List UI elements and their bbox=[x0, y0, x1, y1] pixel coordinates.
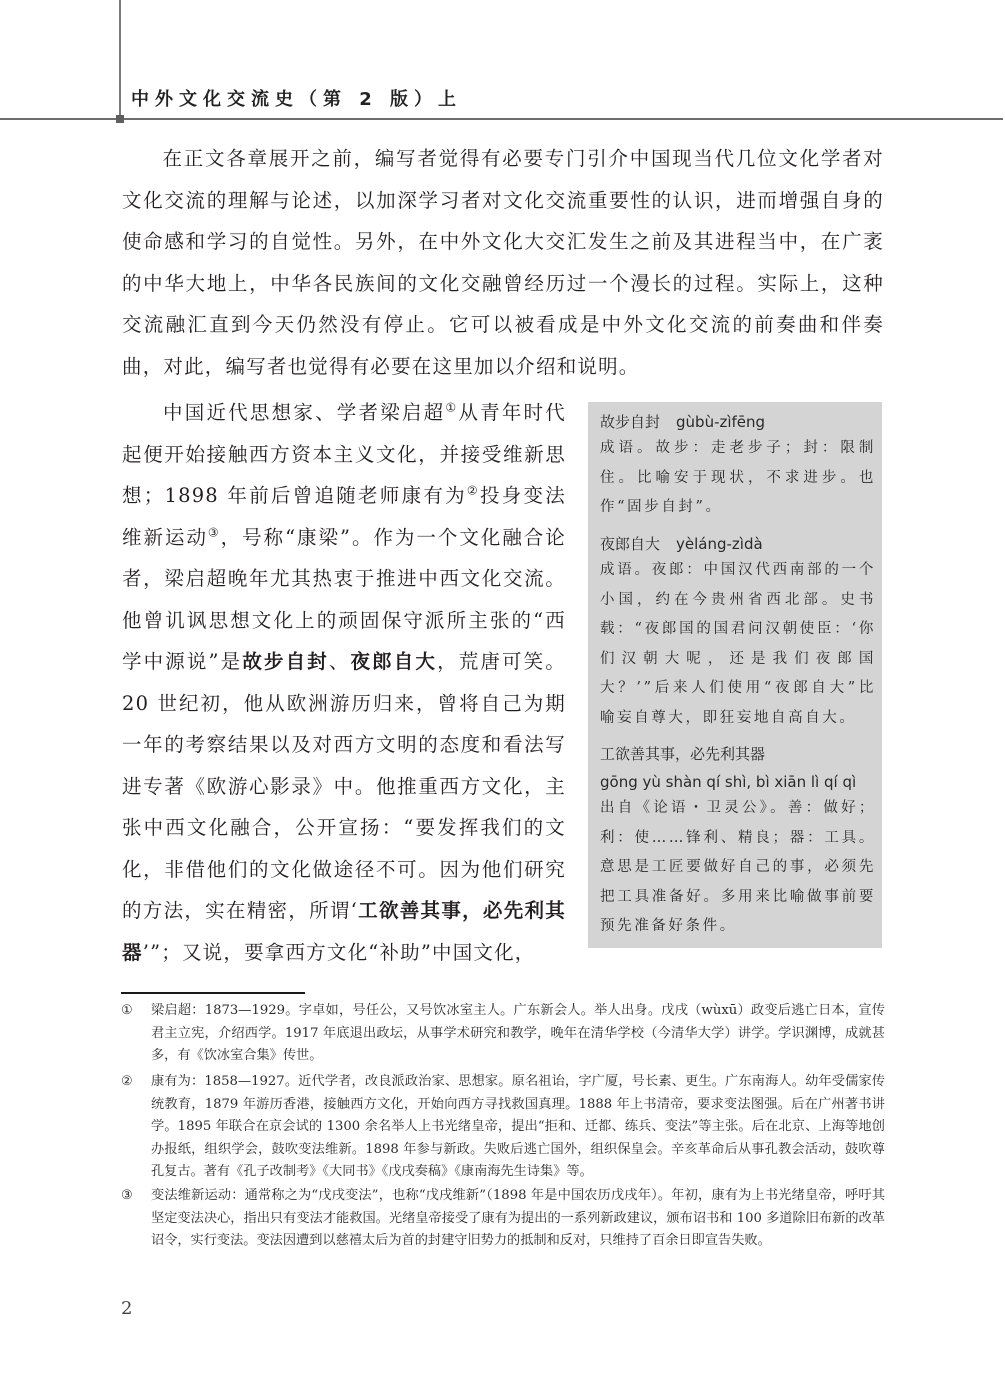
glossary-pinyin: yèláng-zìdà bbox=[676, 535, 763, 553]
glossary-entry-heading: 故步自封gùbù-zìfēng bbox=[600, 410, 876, 434]
glossary-term: 故步自封 bbox=[600, 413, 660, 431]
paragraph-2-text: ，荒唐可笑。20 世纪初，他从欧洲游历归来，曾将自己为期一年的考察结果以及对西方… bbox=[122, 650, 566, 922]
paragraph-2-text: ’”；又说，要拿西方文化“补助”中国文化， bbox=[143, 941, 536, 964]
glossary-term: 工欲善其事，必先利其器 bbox=[600, 742, 876, 766]
footnote-marker: ② bbox=[121, 1071, 143, 1094]
glossary-definition: 出自《论语・卫灵公》。善：做好；利：使……锋利、精良；器：工具。意思是工匠要做好… bbox=[600, 794, 876, 942]
glossary-definition: 成语。夜郎：中国汉代西南部的一个小国，约在今贵州省西北部。史书载：“夜郎国的国君… bbox=[600, 556, 876, 733]
footnote-text: 变法维新运动：通常称之为“戊戌变法”，也称“戊戌维新”（1898 年是中国农历戊… bbox=[151, 1185, 885, 1253]
body-paragraph-2: 中国近代思想家、学者梁启超①从青年时代起便开始接触西方资本主义文化，并接受维新思… bbox=[122, 392, 566, 973]
glossary-definition: 成语。故步：走老步子；封：限制住。比喻安于现状，不求进步。也作“固步自封”。 bbox=[600, 434, 876, 523]
footnote-marker: ① bbox=[121, 1000, 143, 1023]
footnote-marker: ③ bbox=[121, 1185, 143, 1208]
glossary-entry: 夜郎自大yèláng-zìdà 成语。夜郎：中国汉代西南部的一个小国，约在今贵州… bbox=[600, 532, 876, 733]
glossary-entry-heading: 夜郎自大yèláng-zìdà bbox=[600, 532, 876, 556]
glossary-term-gubuzifeng: 故步自封 bbox=[242, 650, 329, 673]
footnote-2: ② 康有为：1858—1927。近代学者，改良派政治家、思想家。原名祖诒，字广厦… bbox=[121, 1071, 885, 1184]
footnote-text: 康有为：1858—1927。近代学者，改良派政治家、思想家。原名祖诒，字广厦，号… bbox=[151, 1071, 885, 1184]
glossary-entry: 工欲善其事，必先利其器 gōng yù shàn qí shì, bì xiān… bbox=[600, 742, 876, 942]
paragraph-2-text: 、 bbox=[329, 650, 351, 673]
body-paragraph-1: 在正文各章展开之前，编写者觉得有必要专门引介中国现当代几位文化学者对文化交流的理… bbox=[122, 138, 884, 387]
header-horizontal-rule bbox=[0, 118, 1003, 120]
footnote-ref-1[interactable]: ① bbox=[445, 401, 458, 415]
footnote-ref-2[interactable]: ② bbox=[467, 484, 480, 498]
footnote-text: 梁启超：1873—1929。字卓如，号任公，又号饮冰室主人。广东新会人。举人出身… bbox=[151, 1000, 885, 1068]
glossary-pinyin: gùbù-zìfēng bbox=[676, 413, 765, 431]
glossary-term: 夜郎自大 bbox=[600, 535, 660, 553]
footnote-separator bbox=[121, 992, 305, 994]
running-head: 中外文化交流史（第 2 版）上 bbox=[131, 85, 462, 111]
glossary-sidebar: 故步自封gùbù-zìfēng 成语。故步：走老步子；封：限制住。比喻安于现状，… bbox=[588, 402, 882, 948]
glossary-pinyin: gōng yù shàn qí shì, bì xiān lì qí qì bbox=[600, 770, 876, 794]
footnote-ref-3[interactable]: ③ bbox=[208, 525, 221, 539]
footnote-3: ③ 变法维新运动：通常称之为“戊戌变法”，也称“戊戌维新”（1898 年是中国农… bbox=[121, 1185, 885, 1253]
paragraph-2-text: 中国近代思想家、学者梁启超 bbox=[162, 401, 445, 424]
page-number: 2 bbox=[121, 1298, 132, 1319]
header-corner-marker bbox=[116, 115, 124, 123]
header-vertical-rule bbox=[119, 0, 121, 120]
paragraph-1-text: 在正文各章展开之前，编写者觉得有必要专门引介中国现当代几位文化学者对文化交流的理… bbox=[122, 147, 884, 378]
footnote-1: ① 梁启超：1873—1929。字卓如，号任公，又号饮冰室主人。广东新会人。举人… bbox=[121, 1000, 885, 1068]
glossary-entry: 故步自封gùbù-zìfēng 成语。故步：走老步子；封：限制住。比喻安于现状，… bbox=[600, 410, 876, 523]
glossary-term-yelangzida: 夜郎自大 bbox=[351, 650, 438, 673]
